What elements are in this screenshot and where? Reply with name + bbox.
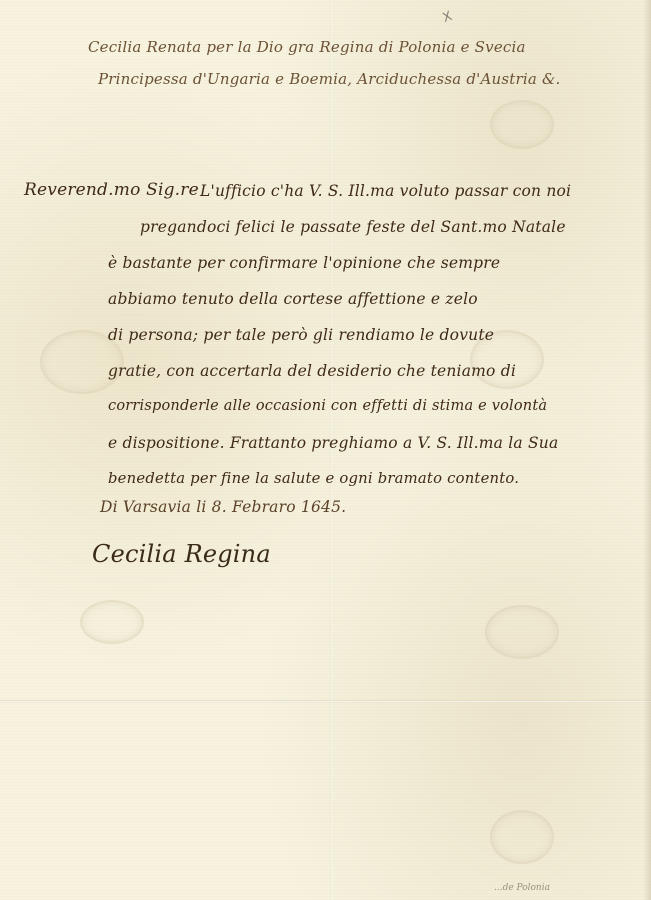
- body-line-1: L'ufficio c'ha V. S. Ill.ma voluto passa…: [200, 182, 571, 200]
- place-and-date: Di Varsavia li 8. Febraro 1645.: [100, 498, 346, 516]
- horizontal-fold-line-faint: [0, 316, 651, 319]
- body-line-6: gratie, con accertarla del desiderio che…: [108, 362, 516, 380]
- paper-right-edge: [643, 0, 651, 900]
- body-line-2: pregandoci felici le passate feste del S…: [140, 218, 566, 236]
- body-line-3: è bastante per confirmare l'opinione che…: [108, 254, 500, 272]
- seal-impression-lower-right: [485, 605, 559, 659]
- body-line-4: abbiamo tenuto della cortese affettione …: [108, 290, 478, 308]
- archival-note: ...de Polonia: [494, 883, 550, 893]
- body-line-8: e dispositione. Frattanto preghiamo a V.…: [108, 434, 558, 452]
- letter-page: X Cecilia Renata per la Dio gra Regina d…: [0, 0, 651, 900]
- body-line-9: benedetta per fine la salute e ogni bram…: [108, 470, 519, 487]
- seal-impression-lower-left: [80, 600, 144, 644]
- letter-heading-line-2: Principessa d'Ungaria e Boemia, Arciduch…: [98, 70, 560, 88]
- body-line-5: di persona; per tale però gli rendiamo l…: [108, 326, 494, 344]
- letter-heading-line-1: Cecilia Renata per la Dio gra Regina di …: [88, 38, 526, 56]
- seal-impression-bottom-right: [490, 810, 554, 864]
- pencil-x-mark: X: [441, 9, 454, 26]
- seal-impression-top-right: [490, 100, 554, 149]
- body-line-7: corrisponderle alle occasioni con effett…: [108, 398, 547, 414]
- salutation: Reverend.mo Sig.re: [24, 180, 199, 200]
- horizontal-fold-line: [0, 700, 651, 703]
- signature: Cecilia Regina: [92, 540, 271, 568]
